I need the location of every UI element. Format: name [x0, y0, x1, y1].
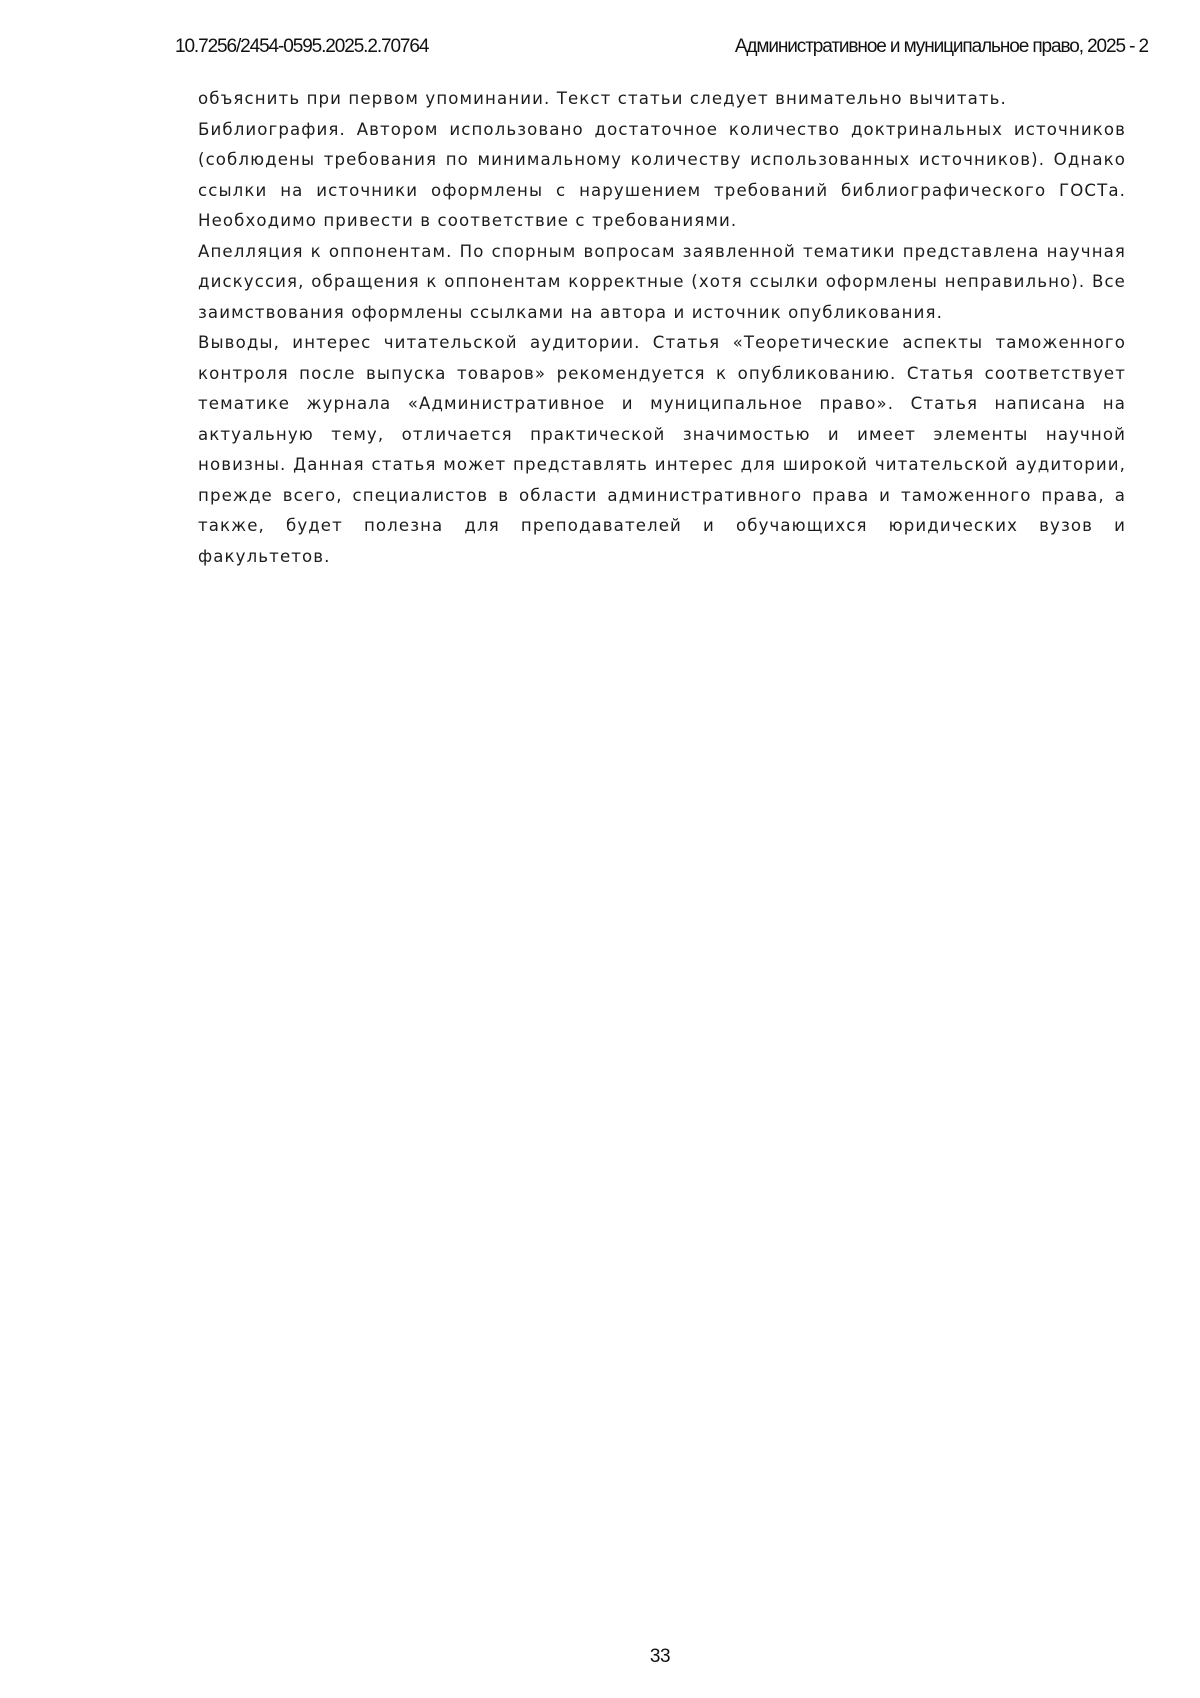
running-header: 10.7256/2454-0595.2025.2.70764 Администр…	[175, 36, 1148, 62]
paragraph-bibliography: Библиография. Автором использовано доста…	[198, 115, 1126, 237]
paragraph-appeal-to-opponents: Апелляция к оппонентам. По спорным вопро…	[198, 237, 1126, 329]
paragraph-continuation: объяснить при первом упоминании. Текст с…	[198, 84, 1126, 115]
paragraph-conclusions: Выводы, интерес читательской аудитории. …	[198, 328, 1126, 572]
page-number: 33	[0, 1646, 1200, 1668]
doi-label: 10.7256/2454-0595.2025.2.70764	[175, 36, 428, 58]
review-body-text: объяснить при первом упоминании. Текст с…	[198, 84, 1126, 572]
journal-issue-label: Административное и муниципальное право, …	[735, 36, 1148, 58]
